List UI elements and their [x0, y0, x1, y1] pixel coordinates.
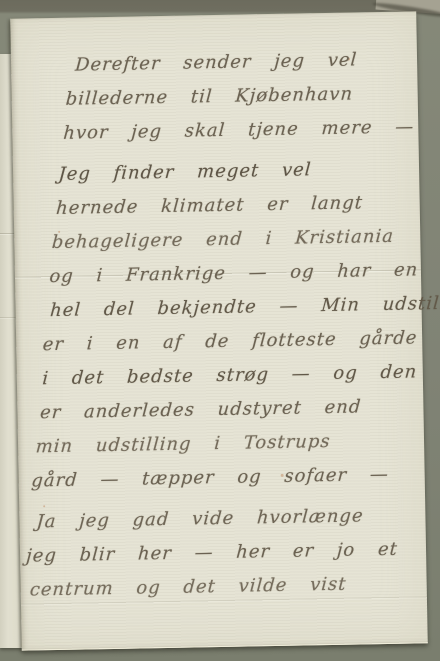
- handwritten-line: hvor jeg skal tjene mere —: [62, 110, 428, 151]
- handwriting-block: Derefter sender jeg vel billederne til K…: [23, 42, 434, 608]
- handwritten-line: gård — tæpper og sofaer —: [30, 458, 404, 499]
- handwritten-line: centrum og det vilde vist: [29, 567, 397, 608]
- handwritten-line: er anderledes udstyret end: [39, 390, 409, 431]
- photo-background: Derefter sender jeg vel billederne til K…: [0, 0, 440, 661]
- letter-page: Derefter sender jeg vel billederne til K…: [10, 11, 428, 650]
